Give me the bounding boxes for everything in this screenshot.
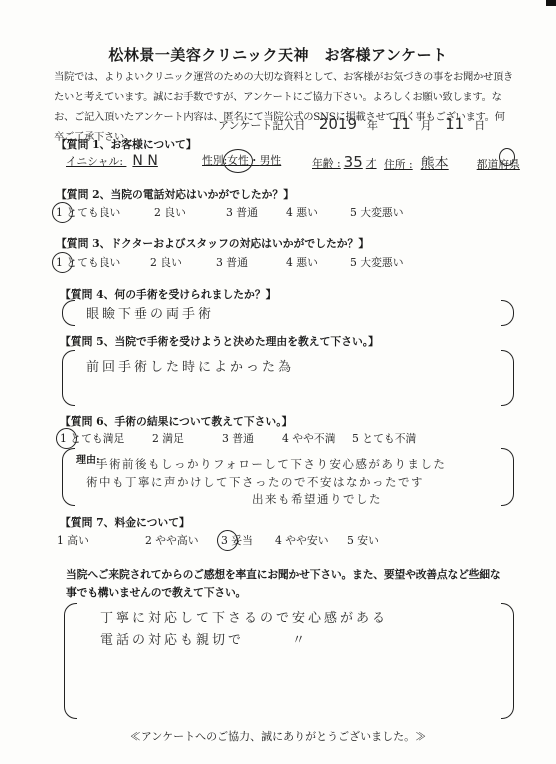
initial-value: N N — [132, 153, 157, 169]
q3-option-4[interactable]: 4 悪い — [286, 255, 318, 270]
q3-options: 1 とても良い 2 良い 3 普通 4 悪い 5 大変悪い — [56, 255, 526, 273]
q6-option-2[interactable]: 2 満足 — [152, 431, 184, 446]
q7-heading: 【質問 7、料金について】 — [60, 515, 190, 530]
q6-option-5[interactable]: 5 とても不満 — [352, 431, 416, 446]
day-unit: 日 — [474, 119, 485, 132]
month-unit: 月 — [421, 119, 432, 132]
initial-label: イニシャル: — [66, 155, 123, 168]
q7-option-1[interactable]: 1 高い — [57, 533, 89, 548]
bracket-left — [62, 350, 75, 406]
q4-answer: 眼瞼下垂の両手術 — [86, 303, 214, 322]
age-unit: 才 — [366, 157, 377, 170]
bracket-left — [64, 603, 77, 719]
q2-option-5[interactable]: 5 大変悪い — [350, 205, 404, 220]
q2-option-3[interactable]: 3 普通 — [226, 205, 258, 220]
year-unit: 年 — [367, 119, 378, 132]
q7-option-3[interactable]: 3 妥当 — [221, 533, 253, 548]
q6-reason-line-3: 出来も希望通りでした — [252, 491, 382, 507]
q7-option-2[interactable]: 2 やや高い — [145, 533, 199, 548]
q6-reason-line-1: 手術前後もしっかりフォローして下さり安心感がありました — [96, 456, 446, 472]
intro-text: 当院では、よりよいクリニック運営のための大切な資料として、お客様がお気づきの事を… — [54, 67, 514, 147]
survey-date: アンケート記入日 2019年 11月 11日 — [218, 115, 485, 133]
bracket-left — [62, 300, 75, 326]
q5-answer-box[interactable]: 前回手術した時によかった為 — [62, 350, 514, 406]
scan-edge-mark — [546, 0, 556, 6]
q2-option-2[interactable]: 2 良い — [154, 205, 186, 220]
age-field[interactable]: 年齢 :35才 — [312, 153, 377, 171]
gender-circle-mark — [223, 149, 253, 173]
q6-reason-box[interactable]: 理由: 手術前後もしっかりフォローして下さり安心感がありました 術中も丁寧に声か… — [62, 448, 514, 506]
feedback-line-1: 丁寧に対応して下さるので安心感がある — [100, 607, 388, 626]
q6-options: 1 とても満足 2 満足 3 普通 4 やや不満 5 とても不満 — [60, 431, 530, 449]
q6-option-1[interactable]: 1 とても満足 — [60, 431, 124, 446]
q2-option-4[interactable]: 4 悪い — [286, 205, 318, 220]
feedback-box[interactable]: 丁寧に対応して下さるので安心感がある 電話の対応も親切で 〃 — [64, 603, 514, 719]
q7-options: 1 高い 2 やや高い 3 妥当 4 やや安い 5 安い — [57, 533, 527, 551]
prefecture-circle-mark — [499, 148, 515, 166]
q5-heading: 【質問 5、当院で手術を受けようと決めた理由を教えて下さい。】 — [60, 334, 379, 349]
address-value: 熊本 — [421, 156, 449, 172]
feedback-prompt: 当院へご来院されてからのご感想を率直にお聞かせ下さい。また、要望や改善点など些細… — [66, 566, 506, 602]
q4-answer-box[interactable]: 眼瞼下垂の両手術 — [62, 300, 514, 326]
q6-option-4[interactable]: 4 やや不満 — [282, 431, 336, 446]
page-title: 松林景一美容クリニック天神 お客様アンケート — [0, 44, 556, 65]
q3-option-5[interactable]: 5 大変悪い — [350, 255, 404, 270]
q3-option-2[interactable]: 2 良い — [150, 255, 182, 270]
q3-option-1[interactable]: 1 とても良い — [56, 255, 120, 270]
feedback-line-2: 電話の対応も親切で 〃 — [100, 629, 308, 648]
date-day[interactable]: 11 — [445, 115, 464, 133]
address-label: 住所 : — [384, 158, 413, 171]
q2-options: 1 とても良い 2 良い 3 普通 4 悪い 5 大変悪い — [56, 205, 526, 223]
q3-heading: 【質問 3、ドクターおよびスタッフの対応はいかがでしたか？】 — [56, 236, 369, 251]
q2-heading: 【質問 2、当院の電話対応はいかがでしたか？】 — [56, 187, 294, 202]
q5-answer: 前回手術した時によかった為 — [86, 356, 294, 375]
q6-reason-line-2: 術中も丁寧に声かけして下さったので不安はなかったです — [86, 474, 424, 490]
date-label: アンケート記入日 — [218, 119, 305, 132]
bracket-right — [501, 300, 514, 326]
bracket-right — [501, 350, 514, 406]
q7-option-4[interactable]: 4 やや安い — [275, 533, 329, 548]
q7-option-5[interactable]: 5 安い — [347, 533, 379, 548]
q1-fields: イニシャル: N N 性別:女性・男性 年齢 :35才 住所 :熊本都道府県 — [66, 153, 536, 171]
bracket-right — [501, 603, 514, 719]
q1-heading: 【質問 1、お客様について】 — [56, 137, 197, 152]
thanks-footer: ≪アンケートへのご協力、誠にありがとうございました。≫ — [0, 728, 556, 744]
gender-option-male[interactable]: 男性 — [260, 154, 282, 167]
age-value: 35 — [344, 153, 363, 171]
q3-option-3[interactable]: 3 普通 — [216, 255, 248, 270]
age-label: 年齢 : — [312, 157, 341, 170]
date-month[interactable]: 11 — [392, 115, 411, 133]
initial-field[interactable]: イニシャル: N N — [66, 153, 182, 169]
q6-option-3[interactable]: 3 普通 — [222, 431, 254, 446]
bracket-left — [62, 448, 75, 506]
q2-option-1[interactable]: 1 とても良い — [56, 205, 120, 220]
q6-heading: 【質問 6、手術の結果について教えて下さい。】 — [60, 414, 292, 429]
bracket-right — [501, 448, 514, 506]
date-year[interactable]: 2019 — [319, 115, 357, 133]
